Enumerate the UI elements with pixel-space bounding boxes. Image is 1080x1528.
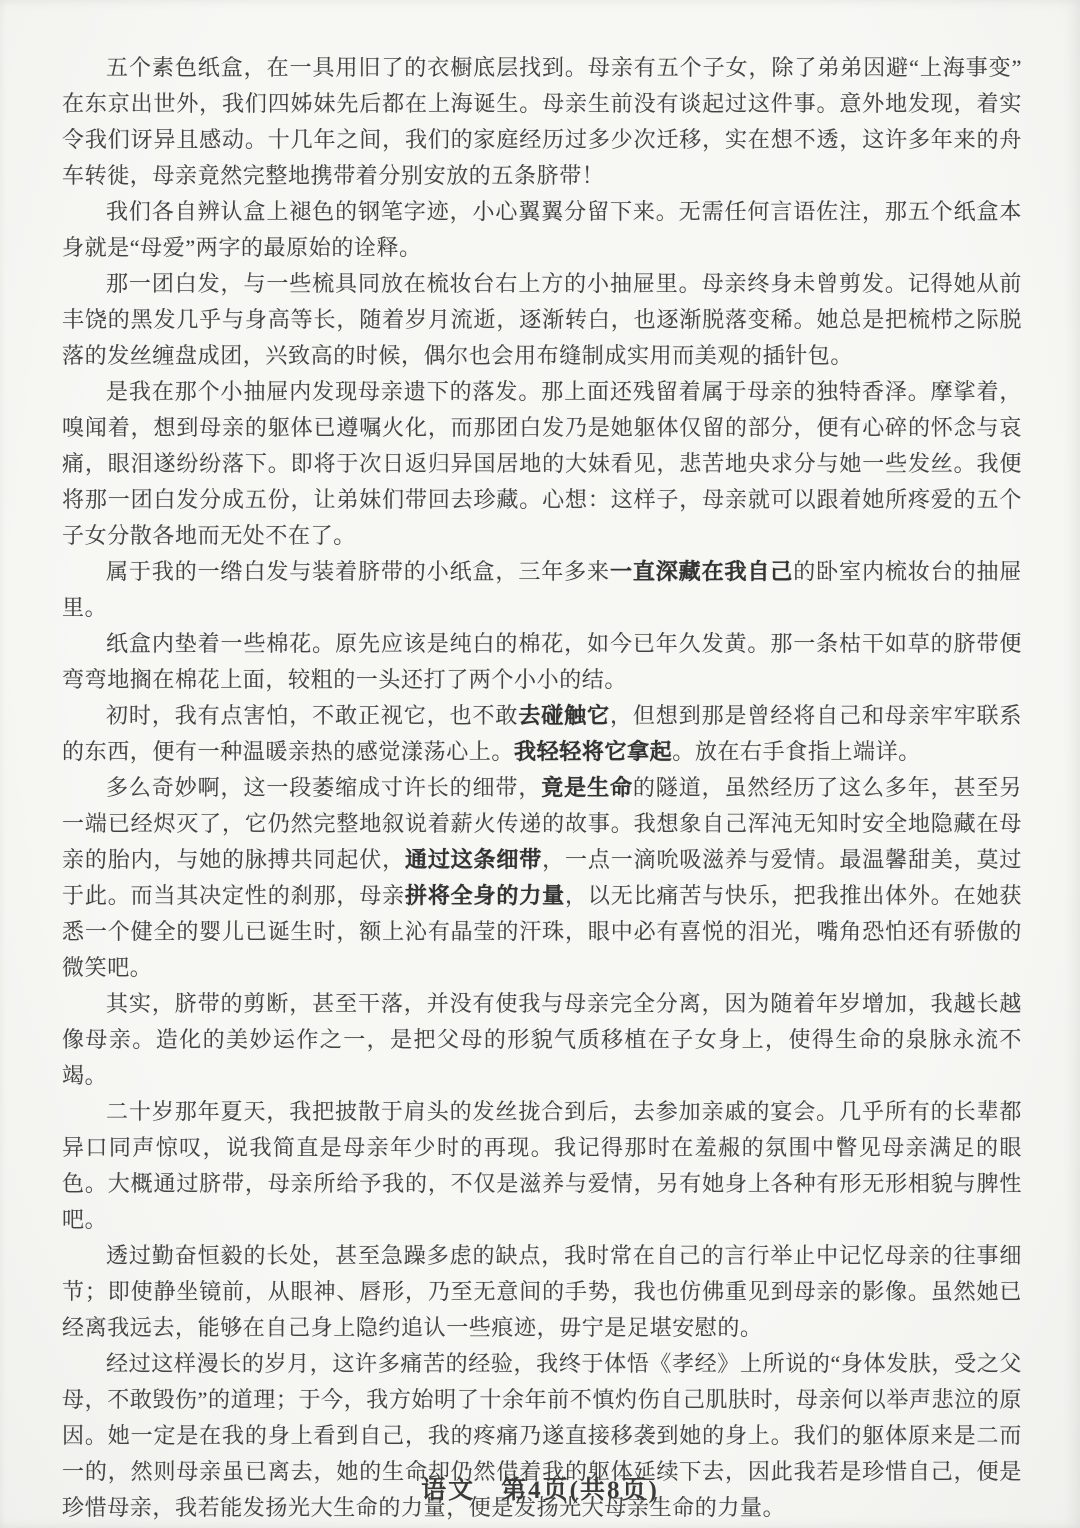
page-footer: 语文第4页(共8页) [0,1470,1080,1506]
text-run: 我们各自辨认盒上褪色的钢笔字迹，小心翼翼分留下来。无需任何言语佐注，那五个纸盒本… [62,199,1022,260]
emphasized-text: 我轻轻将它拿起 [514,739,672,764]
text-run: 纸盒内垫着一些棉花。原先应该是纯白的棉花，如今已年久发黄。那一条枯干如草的脐带便… [62,631,1022,692]
article-paragraph: 那一团白发，与一些梳具同放在梳妆台右上方的小抽屉里。母亲终身未曾剪发。记得她从前… [62,266,1022,374]
article-paragraph: 五个素色纸盒，在一具用旧了的衣橱底层找到。母亲有五个子女，除了弟弟因避“上海事变… [62,50,1022,194]
reading-passage: 五个素色纸盒，在一具用旧了的衣橱底层找到。母亲有五个子女，除了弟弟因避“上海事变… [62,50,1022,1526]
text-run: 是我在那个小抽屉内发现母亲遗下的落发。那上面还残留着属于母亲的独特香泽。摩挲着，… [62,379,1022,548]
text-run: 。放在右手食指上端详。 [672,739,921,764]
text-run: 其实，脐带的剪断，甚至干落，并没有使我与母亲完全分离，因为随着年岁增加，我越长越… [62,991,1022,1088]
article-paragraph: 多么奇妙啊，这一段萎缩成寸许长的细带，竟是生命的隧道，虽然经历了这么多年，甚至另… [62,770,1022,986]
text-run: 二十岁那年夏天，我把披散于肩头的发丝拢合到后，去参加亲戚的宴会。几乎所有的长辈都… [62,1099,1022,1232]
article-paragraph: 初时，我有点害怕，不敢正视它，也不敢去碰触它，但想到那是曾经将自己和母亲牢牢联系… [62,698,1022,770]
article-paragraph: 是我在那个小抽屉内发现母亲遗下的落发。那上面还残留着属于母亲的独特香泽。摩挲着，… [62,374,1022,554]
article-paragraph: 属于我的一绺白发与装着脐带的小纸盒，三年多来一直深藏在我自己的卧室内梳妆台的抽屉… [62,554,1022,626]
article-paragraph: 透过勤奋恒毅的长处，甚至急躁多虑的缺点，我时常在自己的言行举止中记忆母亲的往事细… [62,1238,1022,1346]
text-run: 属于我的一绺白发与装着脐带的小纸盒，三年多来 [106,559,610,584]
text-run: 透过勤奋恒毅的长处，甚至急躁多虑的缺点，我时常在自己的言行举止中记忆母亲的往事细… [62,1243,1022,1340]
emphasized-text: 竟是生命 [541,775,633,800]
page-number-label: 第4页(共8页) [501,1477,659,1504]
article-paragraph: 二十岁那年夏天，我把披散于肩头的发丝拢合到后，去参加亲戚的宴会。几乎所有的长辈都… [62,1094,1022,1238]
text-run: 多么奇妙啊，这一段萎缩成寸许长的细带， [106,775,541,800]
scanned-exam-page: 五个素色纸盒，在一具用旧了的衣橱底层找到。母亲有五个子女，除了弟弟因避“上海事变… [0,0,1080,1528]
article-paragraph: 我们各自辨认盒上褪色的钢笔字迹，小心翼翼分留下来。无需任何言语佐注，那五个纸盒本… [62,194,1022,266]
emphasized-text: 通过这条细带 [405,847,542,872]
text-run: 初时，我有点害怕，不敢正视它，也不敢 [106,703,518,728]
text-run: 那一团白发，与一些梳具同放在梳妆台右上方的小抽屉里。母亲终身未曾剪发。记得她从前… [62,271,1022,368]
emphasized-text: 去碰触它 [518,703,610,728]
article-paragraph: 纸盒内垫着一些棉花。原先应该是纯白的棉花，如今已年久发黄。那一条枯干如草的脐带便… [62,626,1022,698]
emphasized-text: 拼将全身的力量 [405,883,565,908]
article-paragraph: 其实，脐带的剪断，甚至干落，并没有使我与母亲完全分离，因为随着年岁增加，我越长越… [62,986,1022,1094]
emphasized-text: 一直深藏在我自己 [610,559,793,584]
subject-label: 语文 [421,1477,475,1504]
text-run: 五个素色纸盒，在一具用旧了的衣橱底层找到。母亲有五个子女，除了弟弟因避“上海事变… [62,55,1022,188]
